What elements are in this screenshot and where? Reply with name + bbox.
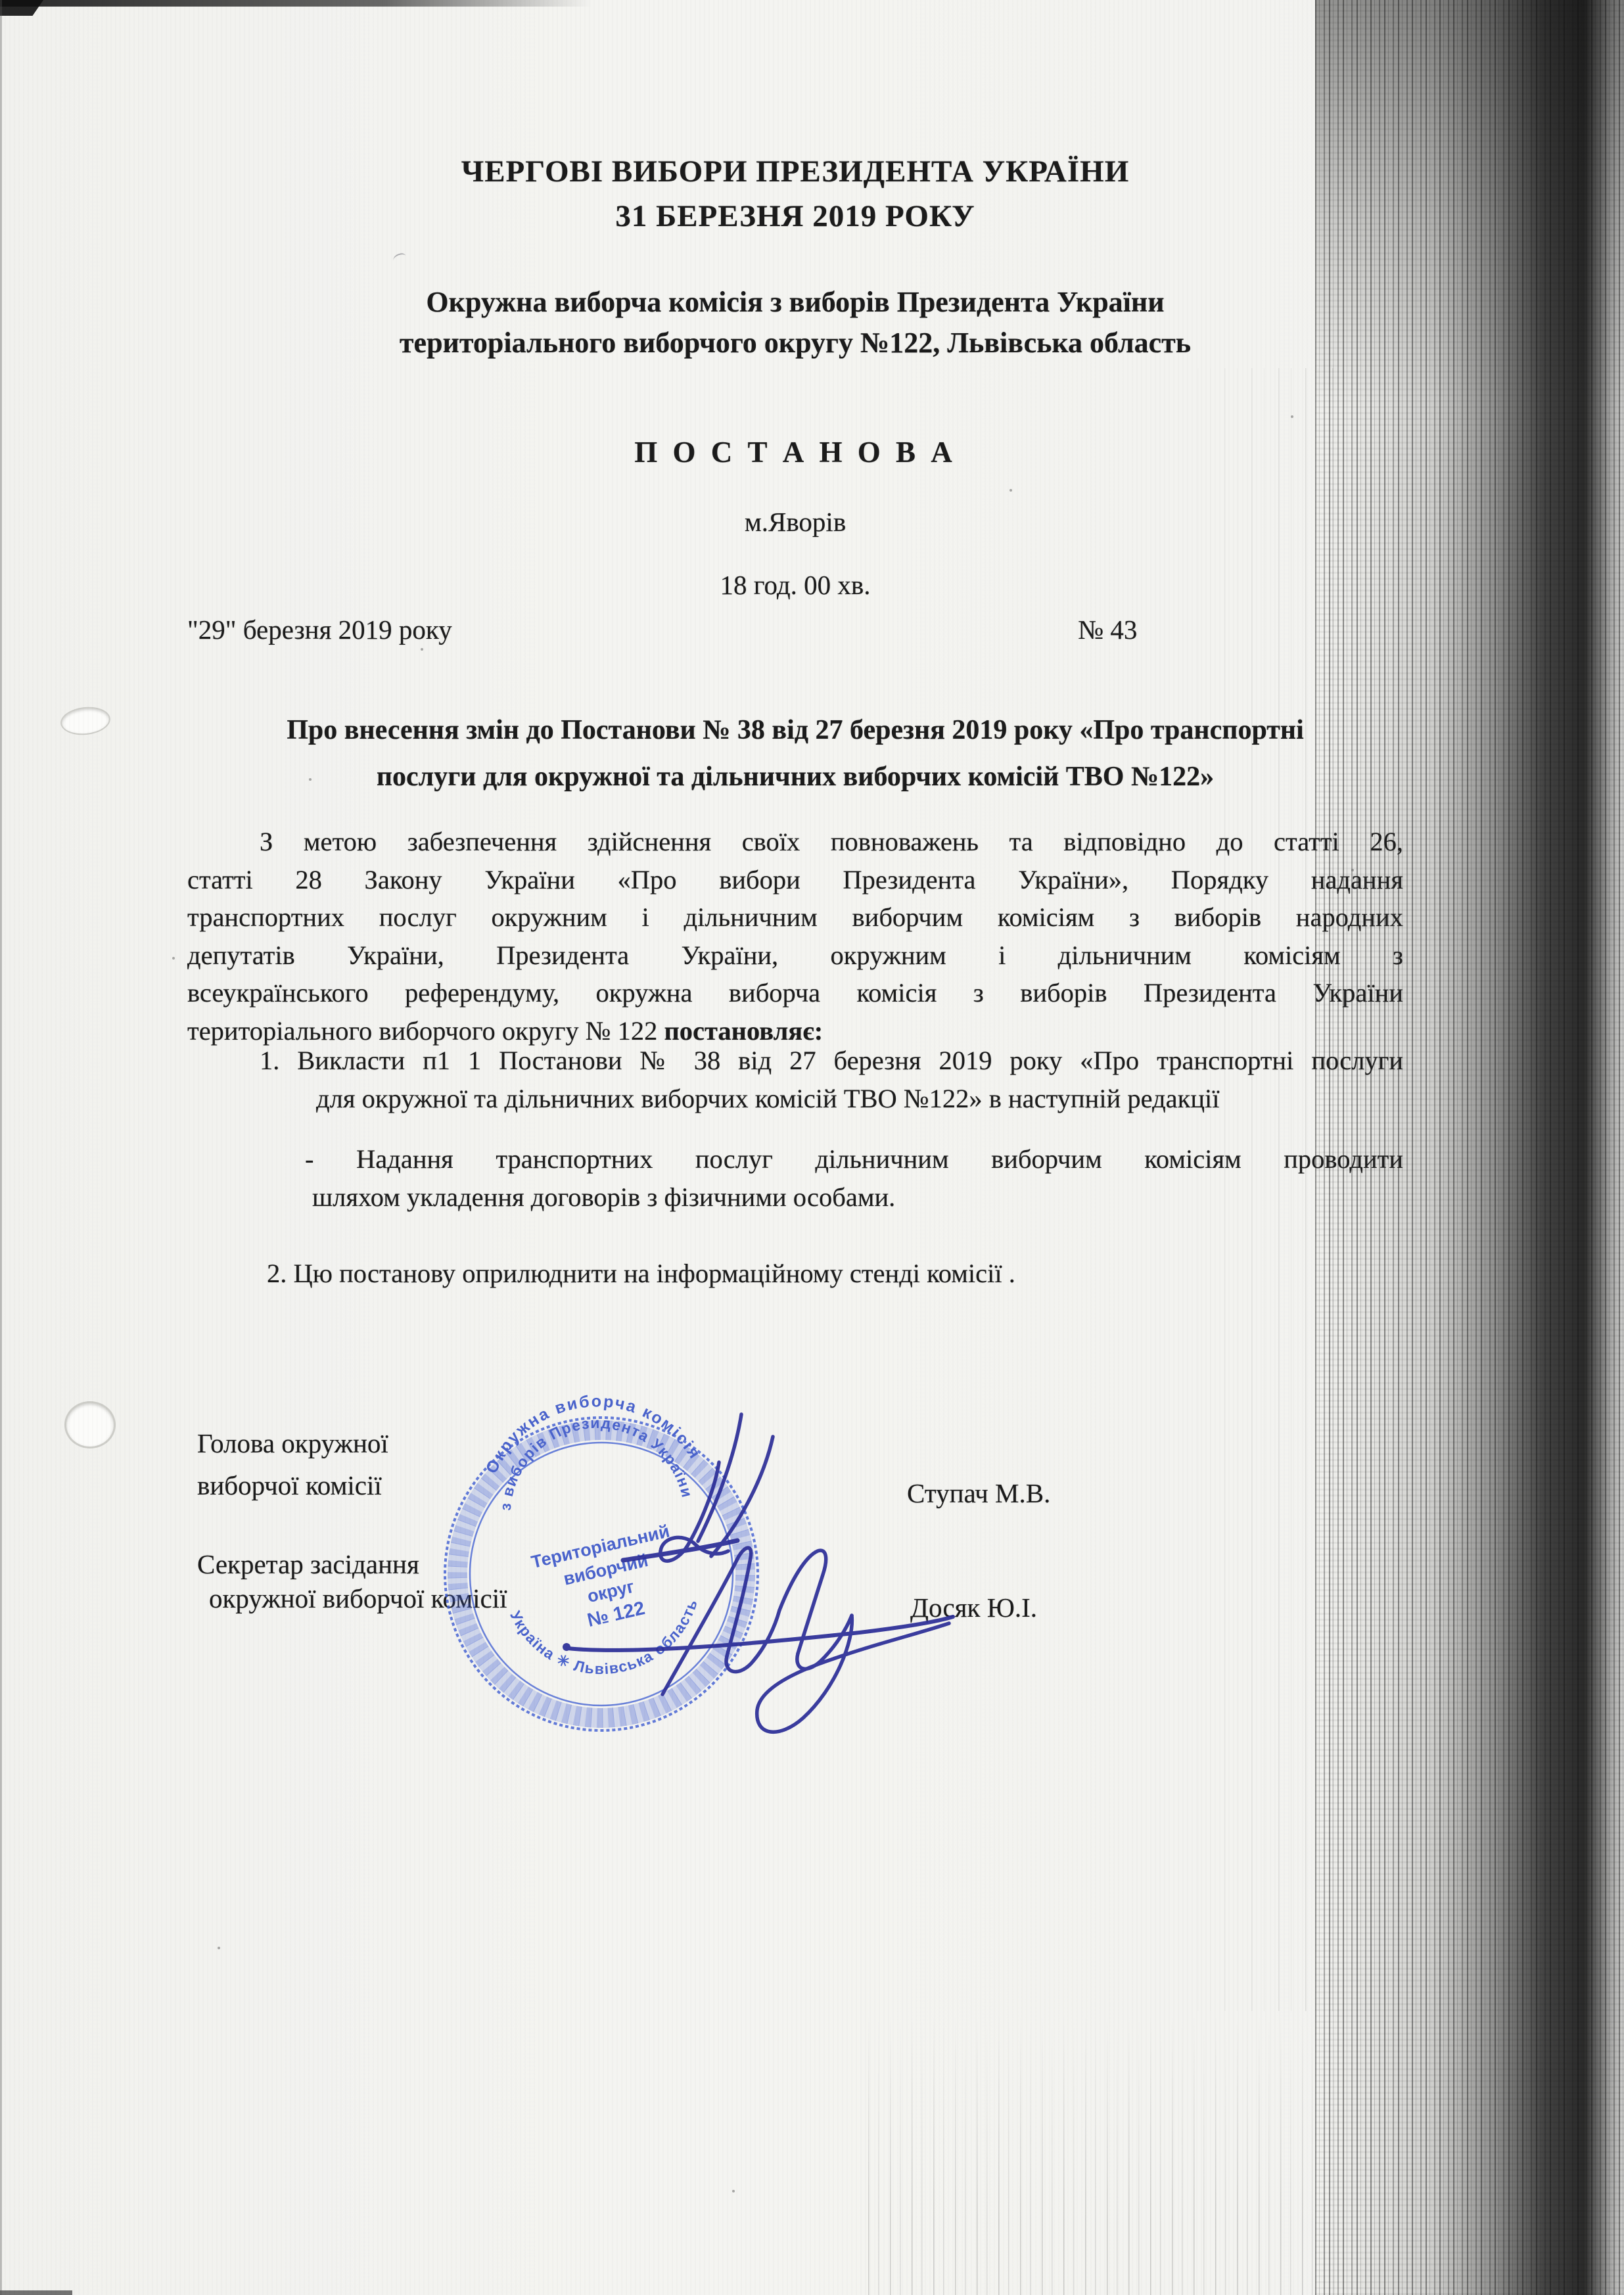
preamble-last-regular: територіального виборчого округу № 122 [187, 1016, 664, 1046]
scanner-dark-band-top [1315, 0, 1624, 407]
paper-speck [732, 2190, 735, 2192]
decree-date: "29" березня 2019 року [187, 614, 452, 645]
resolves-word: постановляє: [664, 1016, 823, 1046]
paper-speck [1291, 415, 1293, 418]
secretary-name: Досяк Ю.І. [910, 1587, 1037, 1629]
election-title-line2: 31 БЕРЕЗНЯ 2019 РОКУ [187, 195, 1403, 238]
scan-top-edge-line [0, 0, 592, 7]
paper-speck [421, 648, 423, 651]
head-role-line1: Голова окружної [197, 1422, 388, 1464]
commission-name-line2: територіального виборчого округу №122, Л… [187, 323, 1403, 363]
head-name: Ступач М.В. [907, 1472, 1050, 1514]
scanned-document-page: ЧЕРГОВІ ВИБОРИ ПРЕЗИДЕНТА УКРАЇНИ 31 БЕР… [0, 0, 1624, 2295]
scan-left-edge-line [0, 0, 2, 2295]
punch-hole-top [59, 705, 112, 737]
commission-name-line1: Окружна виборча комісія з виборів Презид… [187, 283, 1403, 322]
paper-speck [218, 1947, 220, 1949]
pencil-curl-mark [392, 252, 407, 264]
scan-bottom-edge-line [0, 2290, 72, 2295]
election-title-line1: ЧЕРГОВІ ВИБОРИ ПРЕЗИДЕНТА УКРАЇНИ [187, 150, 1403, 193]
paper-speck [1351, 869, 1354, 871]
paper-speck [309, 778, 312, 781]
punch-hole-bottom [64, 1401, 116, 1449]
stamp-arc-texts: Окружна виборча комісія з виборів Презид… [477, 1385, 720, 1685]
paper-speck [172, 957, 175, 960]
head-role-line2: виборчої комісії [197, 1464, 382, 1506]
stamp-center-text: Територіальний виборчий округ № 122 [530, 1521, 687, 1640]
scanner-streaks-bottom [868, 2012, 1341, 2295]
scan-corner-mark [0, 0, 43, 16]
decree-number: № 43 [1078, 614, 1137, 645]
commission-round-stamp: Окружна виборча комісія з виборів Презид… [371, 1344, 831, 1804]
paper-speck [1009, 489, 1012, 492]
